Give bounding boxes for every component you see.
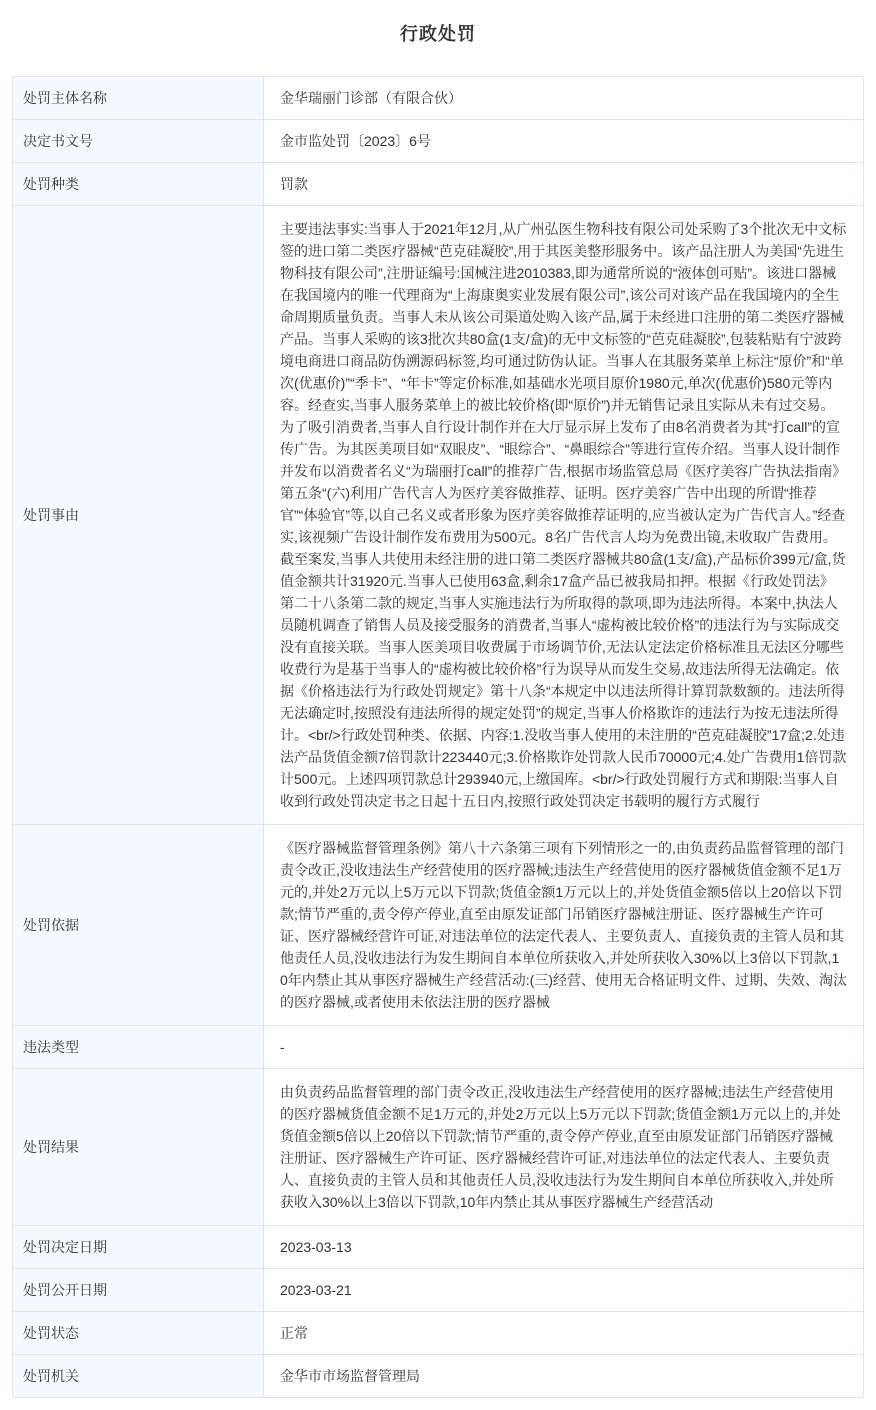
row-value: 由负责药品监督管理的部门责令改正,没收违法生产经营使用的医疗器械;违法生产经营使… bbox=[263, 1069, 863, 1225]
row-violation-type: 违法类型 - bbox=[13, 1026, 863, 1069]
row-penalty-publish-date: 处罚公开日期 2023-03-21 bbox=[13, 1269, 863, 1312]
row-penalty-status: 处罚状态 正常 bbox=[13, 1312, 863, 1355]
row-label: 处罚公开日期 bbox=[13, 1269, 263, 1311]
row-value: 正常 bbox=[263, 1312, 863, 1354]
row-penalty-basis: 处罚依据 《医疗器械监督管理条例》第八十六条第三项有下列情形之一的,由负责药品监… bbox=[13, 825, 863, 1026]
row-value: 《医疗器械监督管理条例》第八十六条第三项有下列情形之一的,由负责药品监督管理的部… bbox=[263, 825, 863, 1025]
row-value: 2023-03-13 bbox=[263, 1226, 863, 1268]
row-label: 处罚主体名称 bbox=[13, 77, 263, 119]
penalty-detail-table: 处罚主体名称 金华瑞丽门诊部（有限合伙） 决定书文号 金市监处罚〔2023〕6号… bbox=[12, 76, 864, 1398]
row-value: - bbox=[263, 1026, 863, 1068]
row-label: 处罚机关 bbox=[13, 1355, 263, 1397]
row-label: 违法类型 bbox=[13, 1026, 263, 1068]
penalty-detail-page: 行政处罚 处罚主体名称 金华瑞丽门诊部（有限合伙） 决定书文号 金市监处罚〔20… bbox=[0, 0, 876, 1398]
row-penalty-subject-name: 处罚主体名称 金华瑞丽门诊部（有限合伙） bbox=[13, 77, 863, 120]
row-label: 处罚种类 bbox=[13, 163, 263, 205]
row-penalty-authority: 处罚机关 金华市市场监督管理局 bbox=[13, 1355, 863, 1397]
row-penalty-reason: 处罚事由 主要违法事实:当事人于2021年12月,从广州弘医生物科技有限公司处采… bbox=[13, 206, 863, 825]
row-value: 金市监处罚〔2023〕6号 bbox=[263, 120, 863, 162]
row-value: 金华市市场监督管理局 bbox=[263, 1355, 863, 1397]
row-decision-doc-number: 决定书文号 金市监处罚〔2023〕6号 bbox=[13, 120, 863, 163]
row-label: 处罚结果 bbox=[13, 1069, 263, 1225]
row-penalty-result: 处罚结果 由负责药品监督管理的部门责令改正,没收违法生产经营使用的医疗器械;违法… bbox=[13, 1069, 863, 1226]
row-label: 处罚依据 bbox=[13, 825, 263, 1025]
row-value: 2023-03-21 bbox=[263, 1269, 863, 1311]
row-value: 金华瑞丽门诊部（有限合伙） bbox=[263, 77, 863, 119]
row-value: 罚款 bbox=[263, 163, 863, 205]
row-value: 主要违法事实:当事人于2021年12月,从广州弘医生物科技有限公司处采购了3个批… bbox=[263, 206, 863, 824]
row-label: 处罚事由 bbox=[13, 206, 263, 824]
row-penalty-type: 处罚种类 罚款 bbox=[13, 163, 863, 206]
row-penalty-decision-date: 处罚决定日期 2023-03-13 bbox=[13, 1226, 863, 1269]
page-title: 行政处罚 bbox=[0, 0, 876, 46]
row-label: 处罚决定日期 bbox=[13, 1226, 263, 1268]
row-label: 决定书文号 bbox=[13, 120, 263, 162]
row-label: 处罚状态 bbox=[13, 1312, 263, 1354]
